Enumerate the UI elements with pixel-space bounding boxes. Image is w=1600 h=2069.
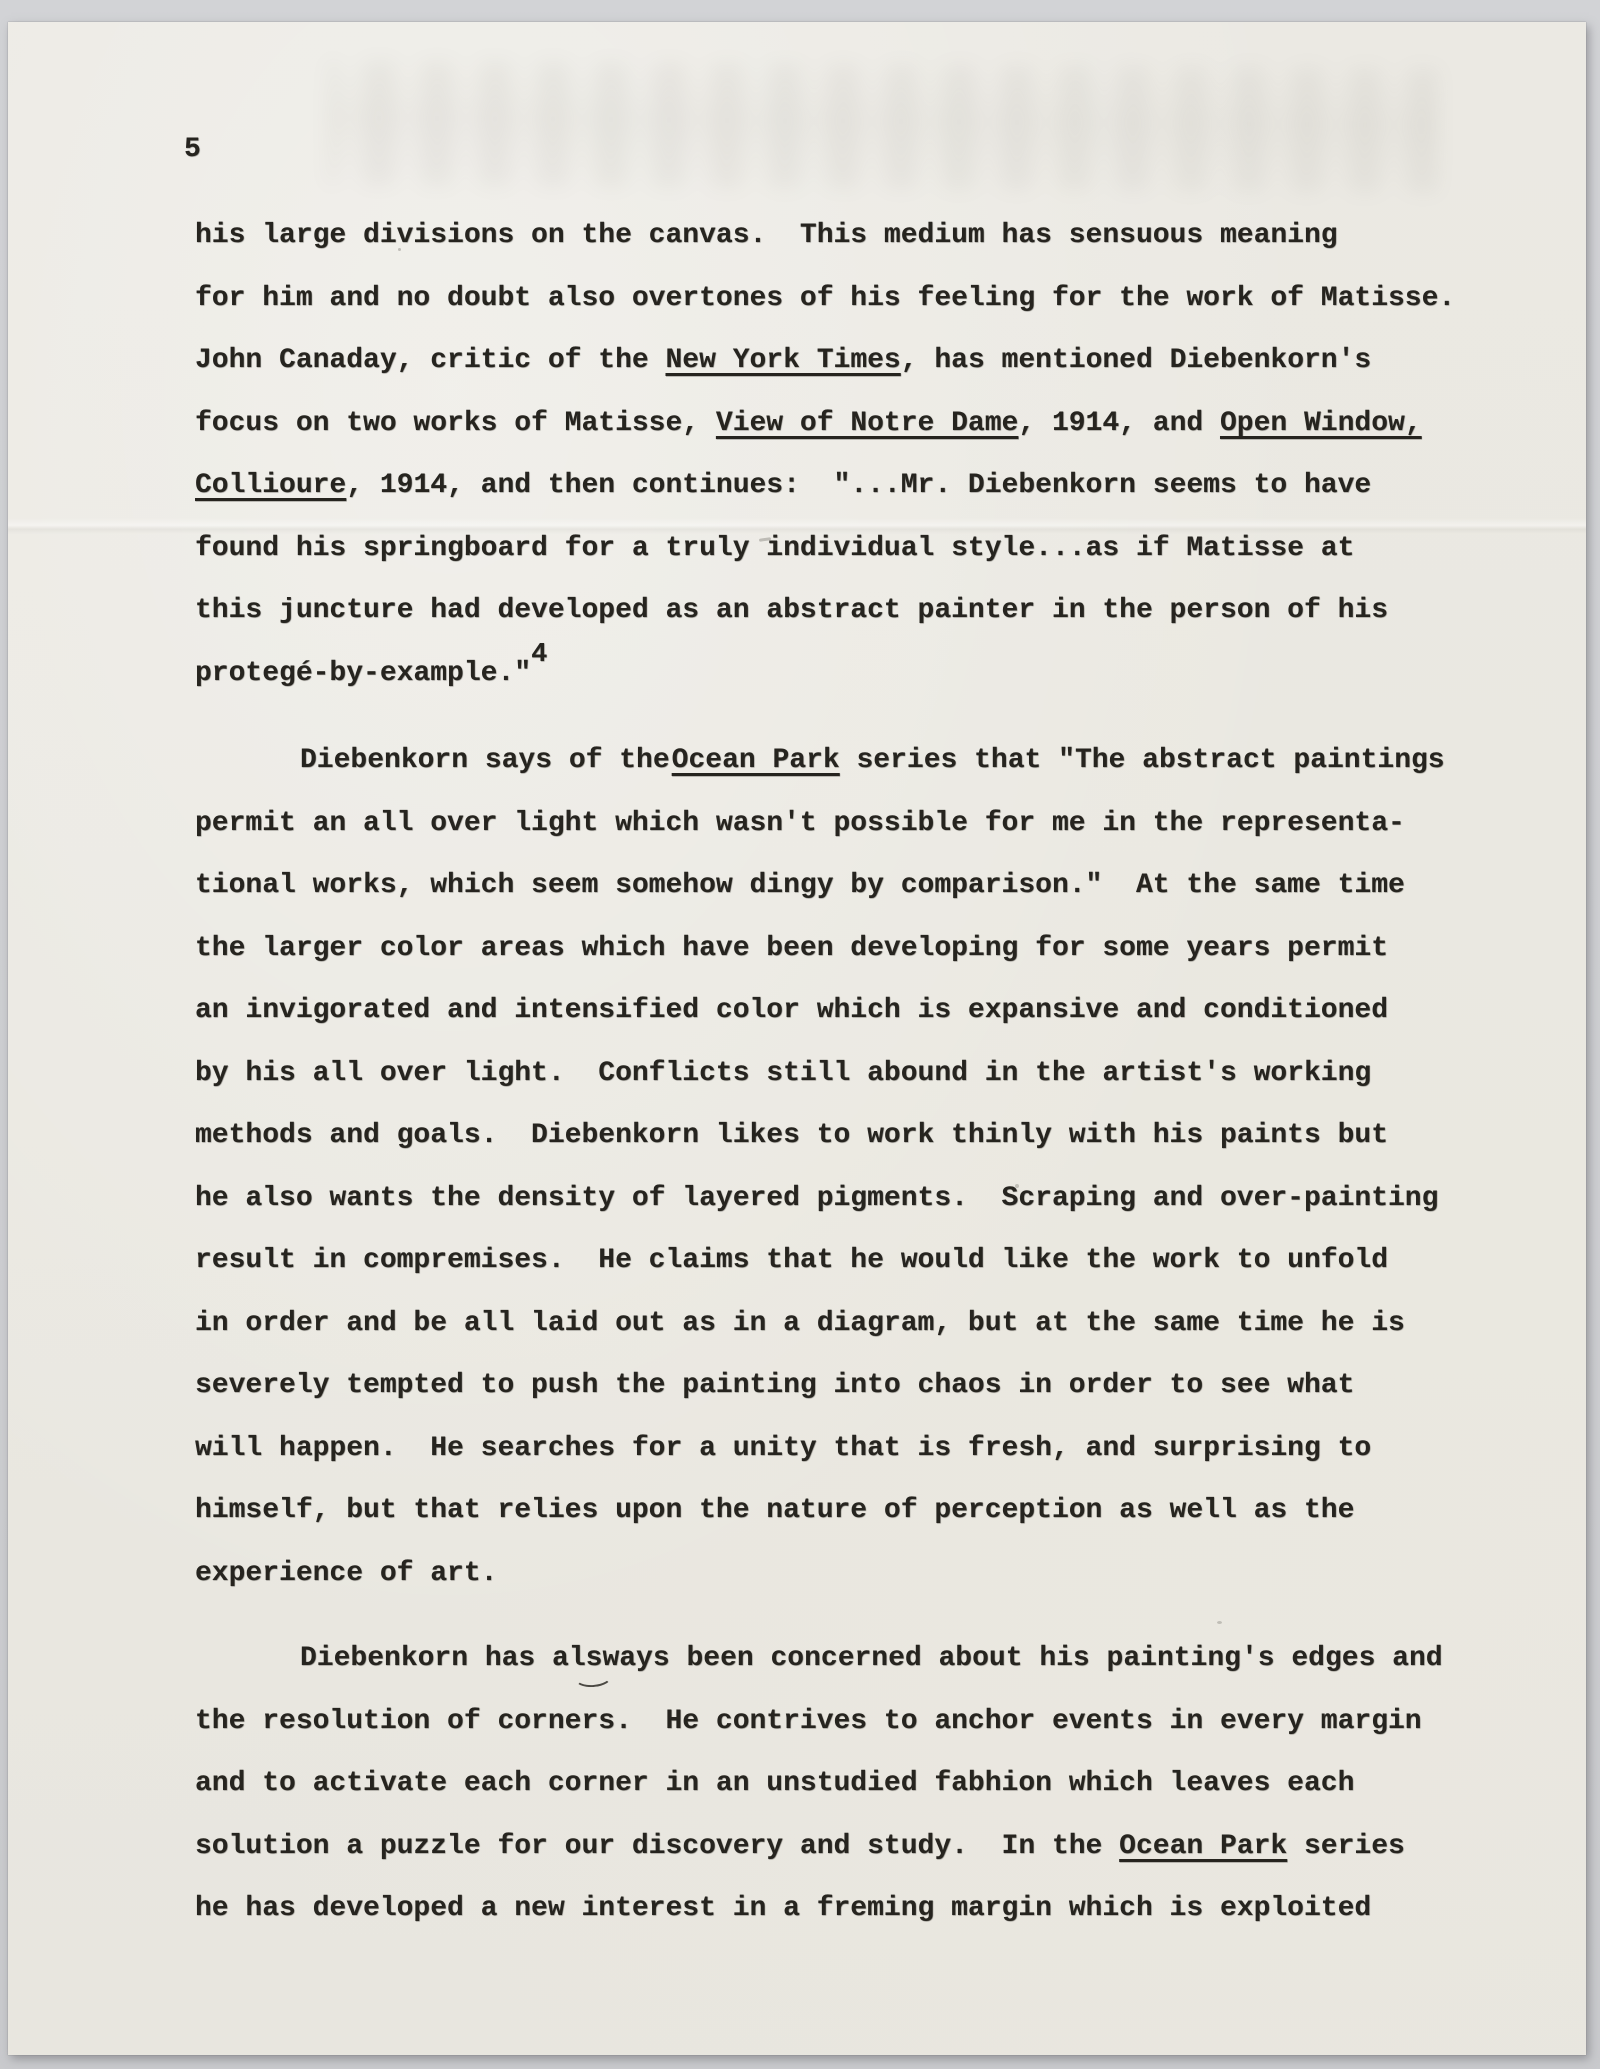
text-segment: found his springboard for a truly indivi… bbox=[195, 533, 1354, 564]
text-segment: focus on two works of Matisse, bbox=[195, 408, 716, 439]
underlined-title-text: Collioure bbox=[195, 470, 346, 501]
text-line: an invigorated and intensified color whi… bbox=[195, 980, 1495, 1043]
text-line: protegé-by-example."4 bbox=[195, 643, 1495, 706]
text-segment: , 1914, and then continues: "...Mr. Dieb… bbox=[346, 470, 1371, 501]
scanned-page: 5 his large divisions on the canvas. Thi… bbox=[8, 22, 1586, 2055]
underlined-title-text: View of Notre Dame bbox=[716, 408, 1018, 439]
footnote-reference: 4 bbox=[531, 640, 547, 670]
text-segment: his large divisions on the canvas. This … bbox=[195, 220, 1338, 251]
text-segment: and to activate each corner in an unstud… bbox=[195, 1768, 1354, 1799]
text-line: his large divisions on the canvas. This … bbox=[195, 205, 1495, 268]
text-line: this juncture had developed as an abstra… bbox=[195, 580, 1495, 643]
text-line: he also wants the density of layered pig… bbox=[195, 1168, 1495, 1231]
text-segment: the resolution of corners. He contrives … bbox=[195, 1706, 1422, 1737]
text-segment: this juncture had developed as an abstra… bbox=[195, 595, 1388, 626]
text-line: solution a puzzle for our discovery and … bbox=[195, 1816, 1495, 1879]
text-segment: series that "The abstract paintings bbox=[840, 745, 1445, 776]
text-segment: methods and goals. Diebenkorn likes to w… bbox=[195, 1120, 1388, 1151]
text-line: and to activate each corner in an unstud… bbox=[195, 1753, 1495, 1816]
text-segment: himself, but that relies upon the nature… bbox=[195, 1495, 1354, 1526]
text-line: Diebenkorn says of theOcean Park series … bbox=[195, 730, 1495, 793]
text-line: he has developed a new interest in a fre… bbox=[195, 1878, 1495, 1941]
text-segment: , 1914, and bbox=[1018, 408, 1220, 439]
text-segment: experience of art. bbox=[195, 1558, 497, 1589]
scan-background: 5 his large divisions on the canvas. Thi… bbox=[0, 0, 1600, 2069]
text-segment: , has mentioned Diebenkorn's bbox=[901, 345, 1371, 376]
scanner-speck bbox=[1217, 1621, 1222, 1624]
text-segment: an invigorated and intensified color whi… bbox=[195, 995, 1388, 1026]
page-number: 5 bbox=[184, 134, 201, 165]
text-line: John Canaday, critic of the New York Tim… bbox=[195, 330, 1495, 393]
text-segment: permit an all over light which wasn't po… bbox=[195, 808, 1405, 839]
text-segment: he also wants the density of layered pig… bbox=[195, 1183, 1438, 1214]
text-line: permit an all over light which wasn't po… bbox=[195, 793, 1495, 856]
scanner-speck bbox=[398, 248, 401, 251]
underlined-title-text: Open Window, bbox=[1220, 408, 1422, 439]
text-line: methods and goals. Diebenkorn likes to w… bbox=[195, 1105, 1495, 1168]
text-line: will happen. He searches for a unity tha… bbox=[195, 1418, 1495, 1481]
underlined-title-text: Ocean Park bbox=[1119, 1831, 1287, 1862]
scanner-speck bbox=[1015, 1184, 1019, 1188]
text-segment: tional works, which seem somehow dingy b… bbox=[195, 870, 1405, 901]
text-line: for him and no doubt also overtones of h… bbox=[195, 268, 1495, 331]
text-line: found his springboard for a truly indivi… bbox=[195, 518, 1495, 581]
text-line: tional works, which seem somehow dingy b… bbox=[195, 855, 1495, 918]
text-line: Diebenkorn has alsways been concerned ab… bbox=[195, 1628, 1495, 1691]
text-segment: protegé-by-example." bbox=[195, 658, 531, 689]
text-segment: in order and be all laid out as in a dia… bbox=[195, 1308, 1405, 1339]
text-segment: by his all over light. Conflicts still a… bbox=[195, 1058, 1371, 1089]
text-segment: solution a puzzle for our discovery and … bbox=[195, 1831, 1119, 1862]
text-line: Collioure, 1914, and then continues: "..… bbox=[195, 455, 1495, 518]
text-segment: series bbox=[1287, 1831, 1405, 1862]
paragraph: Diebenkorn has alsways been concerned ab… bbox=[195, 1628, 1495, 1941]
text-segment: for him and no doubt also overtones of h… bbox=[195, 283, 1455, 314]
text-line: the resolution of corners. He contrives … bbox=[195, 1691, 1495, 1754]
text-segment: result in compremises. He claims that he… bbox=[195, 1245, 1388, 1276]
text-line: himself, but that relies upon the nature… bbox=[195, 1480, 1495, 1543]
bleed-through-ghost-text bbox=[328, 60, 1439, 193]
text-segment: the larger color areas which have been d… bbox=[195, 933, 1388, 964]
text-line: severely tempted to push the painting in… bbox=[195, 1355, 1495, 1418]
text-segment: Diebenkorn has alsways been concerned ab… bbox=[300, 1643, 1443, 1674]
paragraph: Diebenkorn says of theOcean Park series … bbox=[195, 730, 1495, 1605]
text-segment: John Canaday, critic of the bbox=[195, 345, 665, 376]
text-segment: he has developed a new interest in a fre… bbox=[195, 1893, 1371, 1924]
underlined-title-text: Ocean Park bbox=[672, 745, 840, 776]
text-line: by his all over light. Conflicts still a… bbox=[195, 1043, 1495, 1106]
text-line: the larger color areas which have been d… bbox=[195, 918, 1495, 981]
text-segment: Diebenkorn says of the bbox=[300, 745, 670, 776]
underlined-title-text: New York Times bbox=[665, 345, 900, 376]
text-line: experience of art. bbox=[195, 1543, 1495, 1606]
text-segment: severely tempted to push the painting in… bbox=[195, 1370, 1354, 1401]
text-line: result in compremises. He claims that he… bbox=[195, 1230, 1495, 1293]
text-line: focus on two works of Matisse, View of N… bbox=[195, 393, 1495, 456]
text-line: in order and be all laid out as in a dia… bbox=[195, 1293, 1495, 1356]
text-segment: will happen. He searches for a unity tha… bbox=[195, 1433, 1371, 1464]
paragraph: his large divisions on the canvas. This … bbox=[195, 205, 1495, 705]
